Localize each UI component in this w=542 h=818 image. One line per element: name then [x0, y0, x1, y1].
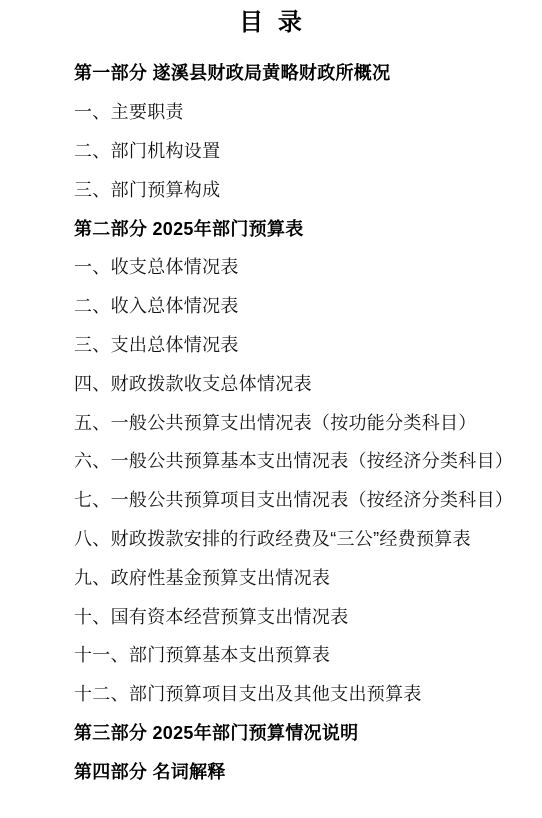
- toc-item: 一、收支总体情况表: [74, 247, 542, 286]
- toc-item-label: 四、财政拨款收支总体情况表: [74, 370, 312, 396]
- toc-item: 第一部分 遂溪县财政局黄略财政所概况: [74, 53, 542, 92]
- toc-item-label: 六、一般公共预算基本支出情况表（按经济分类科目）: [74, 447, 513, 473]
- toc-item: 二、部门机构设置: [74, 131, 542, 170]
- toc-item: 第四部分 名词解释: [74, 751, 542, 790]
- toc-item: 六、一般公共预算基本支出情况表（按经济分类科目）: [74, 441, 542, 480]
- toc-item: 四、财政拨款收支总体情况表: [74, 363, 542, 402]
- toc-item-label: 十一、部门预算基本支出预算表: [74, 641, 330, 667]
- toc-item: 一、主要职责: [74, 92, 542, 131]
- toc-item-label: 二、部门机构设置: [74, 137, 220, 163]
- toc-item-label: 九、政府性基金预算支出情况表: [74, 564, 330, 590]
- toc-item: 第二部分 2025年部门预算表: [74, 208, 542, 247]
- toc-item-label: 八、财政拨款安排的行政经费及“三公”经费预算表: [74, 525, 471, 551]
- toc-item: 五、一般公共预算支出情况表（按功能分类科目）: [74, 402, 542, 441]
- toc-item: 十、国有资本经营预算支出情况表: [74, 596, 542, 635]
- toc-item: 三、支出总体情况表: [74, 325, 542, 364]
- toc-item: 二、收入总体情况表: [74, 286, 542, 325]
- toc-item-label: 十、国有资本经营预算支出情况表: [74, 603, 349, 629]
- toc-item-label: 第四部分 名词解释: [74, 758, 226, 784]
- toc-item-label: 三、支出总体情况表: [74, 331, 239, 357]
- toc-item: 十一、部门预算基本支出预算表: [74, 635, 542, 674]
- toc-item-label: 第一部分 遂溪县财政局黄略财政所概况: [74, 59, 390, 85]
- toc-item: 十二、部门预算项目支出及其他支出预算表: [74, 674, 542, 713]
- document-page: 目 录 第一部分 遂溪县财政局黄略财政所概况 一、主要职责 二、部门机构设置 三…: [0, 0, 542, 818]
- toc-item-label: 七、一般公共预算项目支出情况表（按经济分类科目）: [74, 486, 513, 512]
- toc-item-label: 三、部门预算构成: [74, 176, 220, 202]
- toc-item: 九、政府性基金预算支出情况表: [74, 557, 542, 596]
- toc-item-label: 二、收入总体情况表: [74, 292, 239, 318]
- toc-item-label: 第三部分 2025年部门预算情况说明: [74, 719, 358, 745]
- toc-item-label: 一、主要职责: [74, 98, 184, 124]
- toc-item: 七、一般公共预算项目支出情况表（按经济分类科目）: [74, 480, 542, 519]
- toc-list: 第一部分 遂溪县财政局黄略财政所概况 一、主要职责 二、部门机构设置 三、部门预…: [74, 53, 542, 790]
- toc-item-label: 一、收支总体情况表: [74, 253, 239, 279]
- toc-item: 八、财政拨款安排的行政经费及“三公”经费预算表: [74, 519, 542, 558]
- toc-item-label: 第二部分 2025年部门预算表: [74, 215, 304, 241]
- toc-item-label: 十二、部门预算项目支出及其他支出预算表: [74, 680, 422, 706]
- page-title: 目 录: [0, 9, 542, 37]
- toc-item: 三、部门预算构成: [74, 169, 542, 208]
- toc-item: 第三部分 2025年部门预算情况说明: [74, 713, 542, 752]
- toc-item-label: 五、一般公共预算支出情况表（按功能分类科目）: [74, 409, 477, 435]
